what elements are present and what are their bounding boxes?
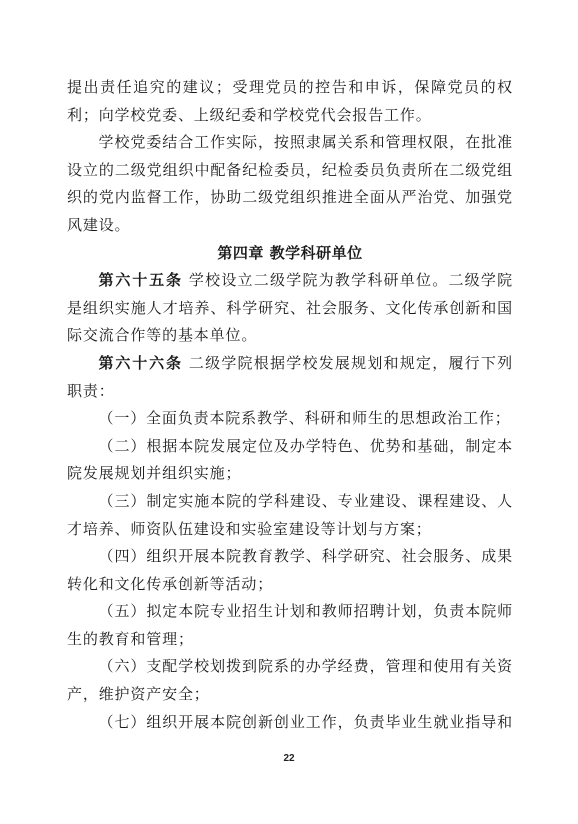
text-line: 是组织实施人才培养、科学研究、社会服务、文化传承创新和国 — [67, 295, 513, 323]
article-66-first-line: 第六十六条二级学院根据学校发展规划和规定，履行下列 — [67, 350, 513, 378]
list-item-line: （六）支配学校划拨到院系的办学经费，管理和使用有关资 — [67, 653, 513, 681]
list-item-line: 才培养、师资队伍建设和实验室建设等计划与方案； — [67, 516, 513, 544]
document-page: 提出责任追究的建议；受理党员的控告和申诉，保障党员的权 利；向学校党委、上级纪委… — [0, 0, 578, 824]
list-item-line: 产，维护资产安全； — [67, 681, 513, 709]
text-line: 际交流合作等的基本单位。 — [67, 322, 513, 350]
list-item-line: （四）组织开展本院教育教学、科学研究、社会服务、成果 — [67, 543, 513, 571]
text-line: 提出责任追究的建议；受理党员的控告和申诉，保障党员的权 — [67, 74, 513, 102]
document-body: 提出责任追究的建议；受理党员的控告和申诉，保障党员的权 利；向学校党委、上级纪委… — [67, 74, 513, 736]
list-item-line: （七）组织开展本院创新创业工作，负责毕业生就业指导和 — [67, 709, 513, 737]
list-item-line: （二）根据本院发展定位及办学特色、优势和基础，制定本 — [67, 433, 513, 461]
text-line: 学校党委结合工作实际，按照隶属关系和管理权限，在批准 — [67, 129, 513, 157]
article-65-first-line: 第六十五条学校设立二级学院为教学科研单位。二级学院 — [67, 267, 513, 295]
text-line: 设立的二级党组织中配备纪检委员，纪检委员负责所在二级党组 — [67, 157, 513, 185]
page-number: 22 — [0, 753, 578, 764]
article-label: 第六十六条 — [99, 354, 183, 372]
list-item-line: 院发展规划并组织实施； — [67, 460, 513, 488]
list-item-line: （五）拟定本院专业招生计划和教师招聘计划，负责本院师 — [67, 598, 513, 626]
list-item-line: （一）全面负责本院系教学、科研和师生的思想政治工作； — [67, 405, 513, 433]
article-text: 学校设立二级学院为教学科研单位。二级学院 — [189, 271, 513, 289]
list-item-line: 转化和文化传承创新等活动； — [67, 571, 513, 599]
article-label: 第六十五条 — [99, 271, 183, 289]
text-line: 风建设。 — [67, 212, 513, 240]
text-line: 职责： — [67, 378, 513, 406]
text-line: 利；向学校党委、上级纪委和学校党代会报告工作。 — [67, 102, 513, 130]
chapter-heading: 第四章 教学科研单位 — [67, 240, 513, 268]
text-line: 织的党内监督工作，协助二级党组织推进全面从严治党、加强党 — [67, 184, 513, 212]
article-text: 二级学院根据学校发展规划和规定，履行下列 — [189, 354, 513, 372]
list-item-line: 生的教育和管理； — [67, 626, 513, 654]
list-item-line: （三）制定实施本院的学科建设、专业建设、课程建设、人 — [67, 488, 513, 516]
